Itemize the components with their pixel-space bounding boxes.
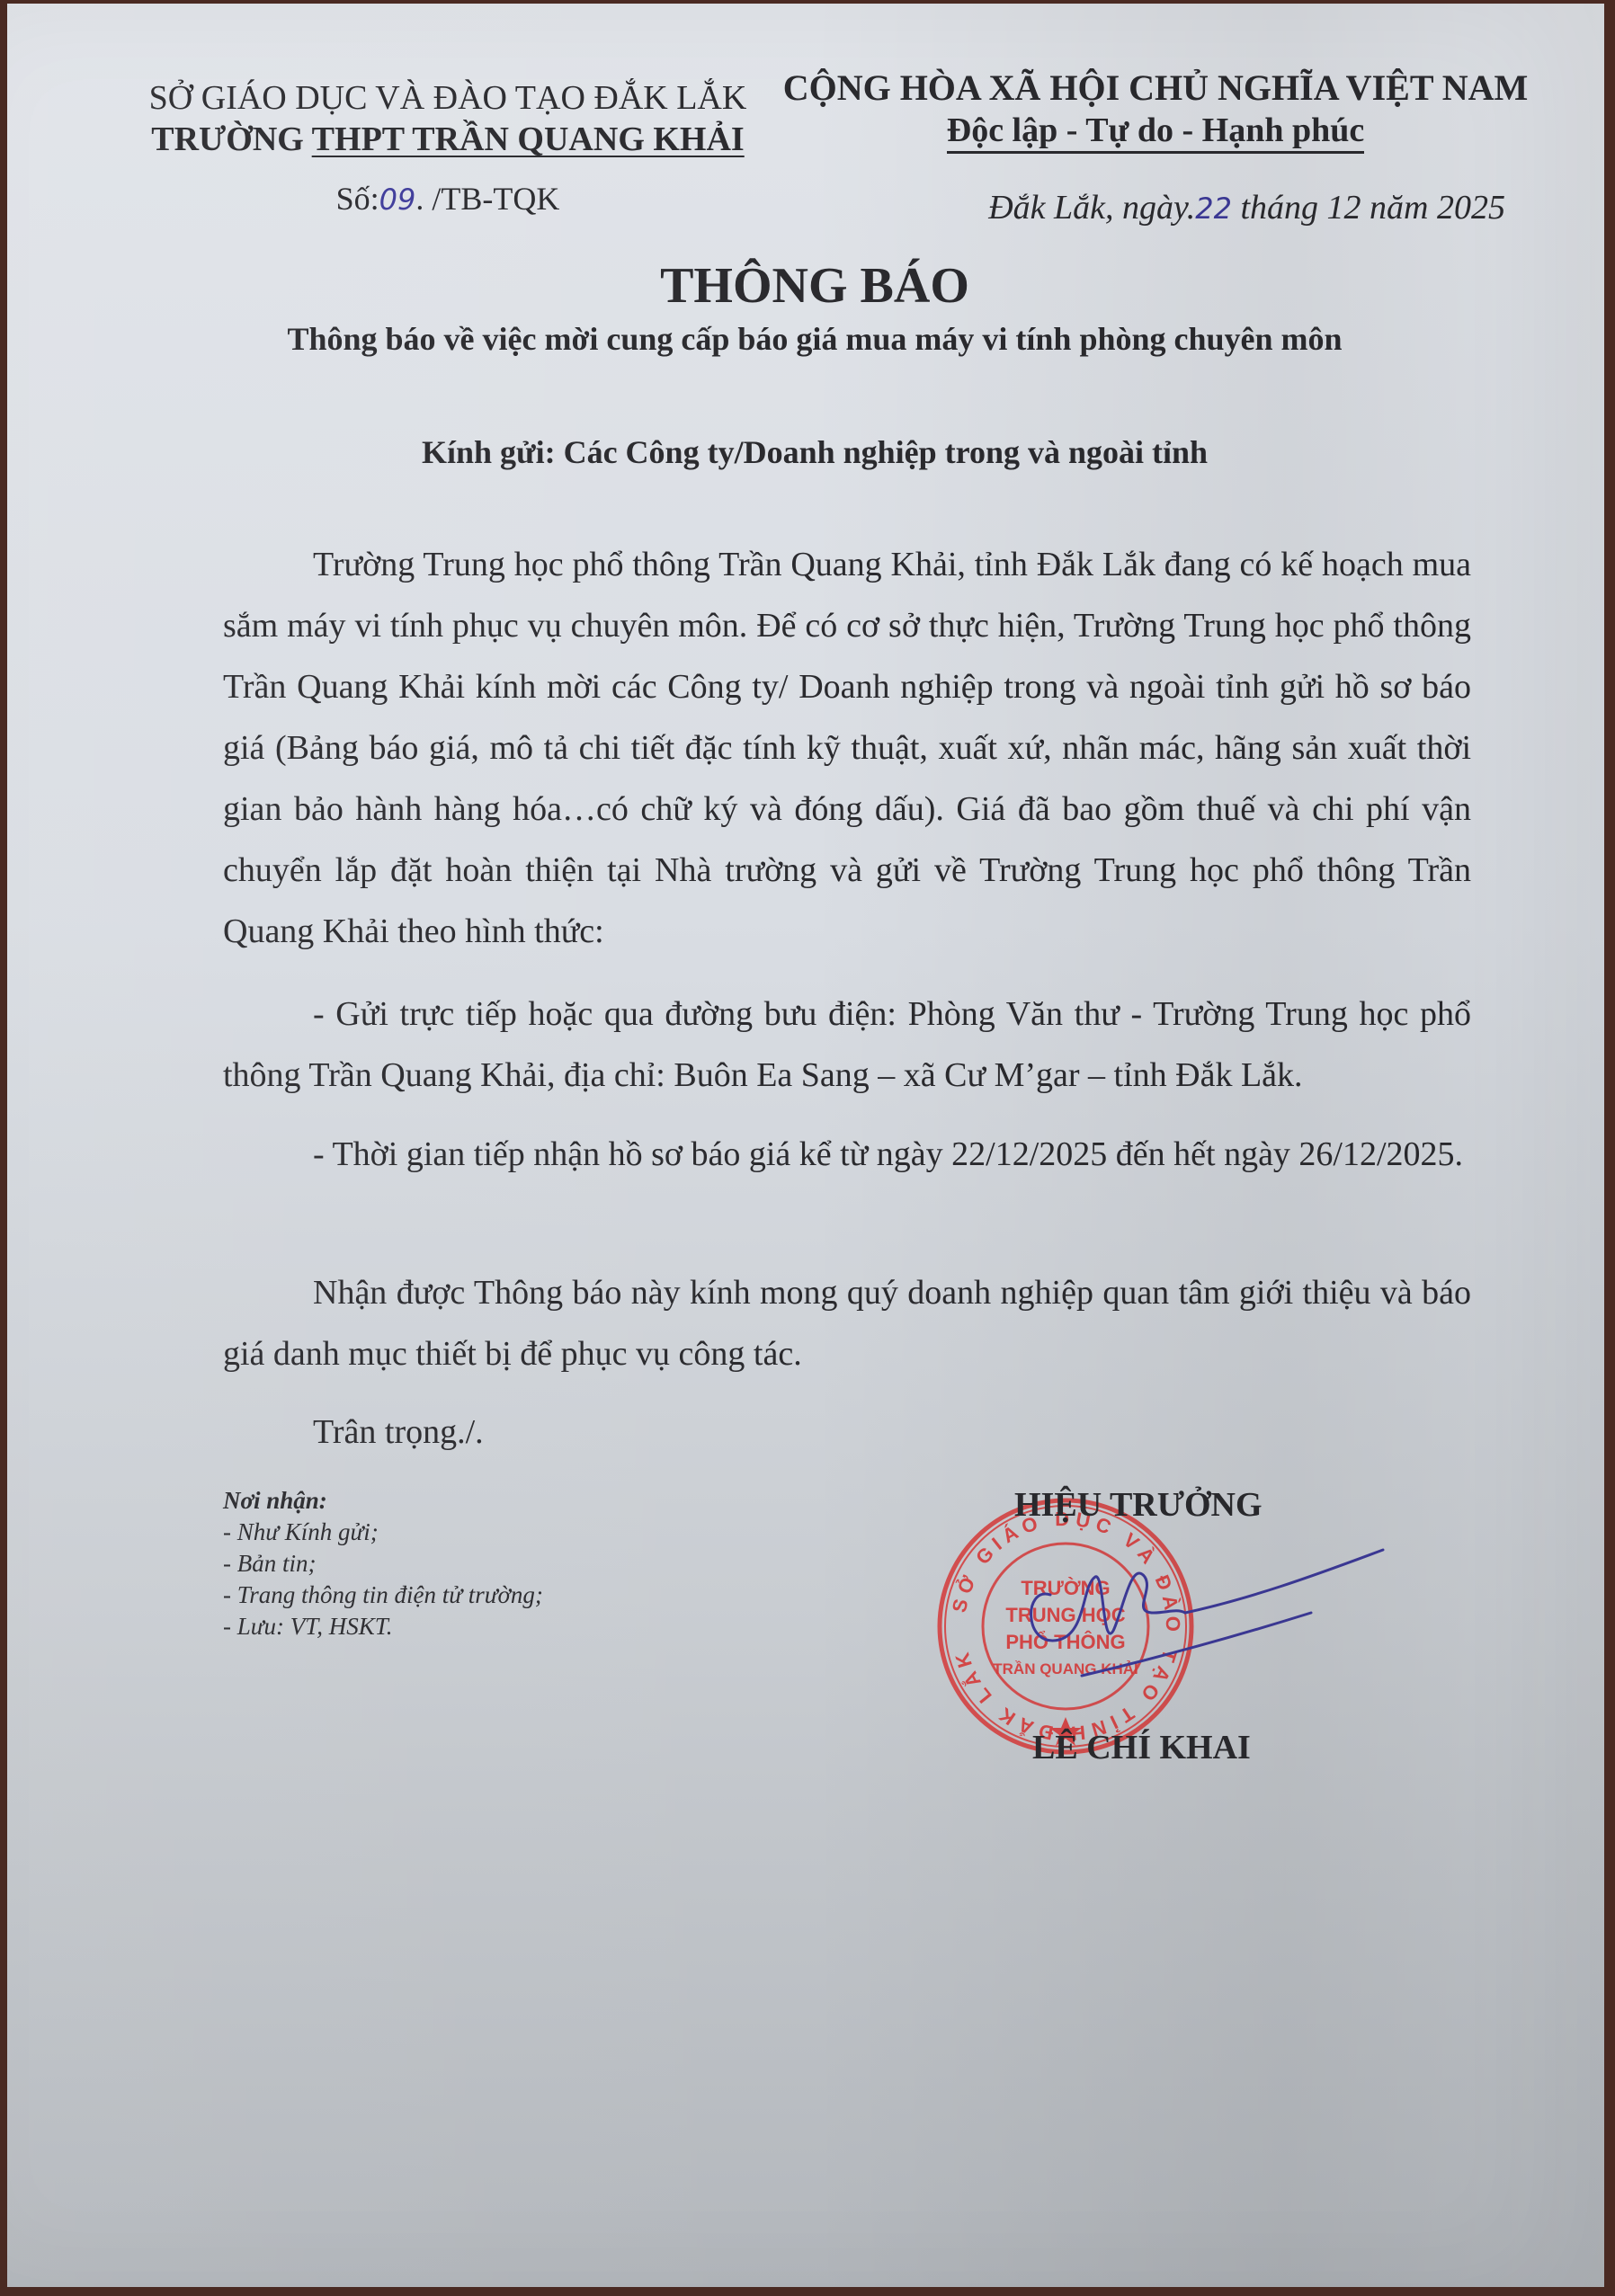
document-number: Số:09. /TB-TQK [142, 178, 754, 220]
school-prefix: TRƯỜNG [151, 120, 311, 158]
national-header: CỘNG HÒA XÃ HỘI CHỦ NGHĨA VIỆT NAM Độc l… [782, 67, 1529, 151]
signer-title: HIỆU TRƯỞNG [1014, 1485, 1263, 1525]
issuer-header: SỞ GIÁO DỤC VÀ ĐÀO TẠO ĐẮK LẮK TRƯỜNG TH… [142, 77, 754, 220]
issue-date: Đắk Lắk, ngày.22 tháng 12 năm 2025 [988, 188, 1505, 227]
handwritten-day: 22 [1195, 191, 1232, 226]
nation-name: CỘNG HÒA XÃ HỘI CHỦ NGHĨA VIỆT NAM [782, 67, 1529, 110]
addressee-line: Kính gửi: Các Công ty/Doanh nghiệp trong… [7, 433, 1615, 471]
handwritten-number: 09 [379, 182, 416, 217]
submission-method: - Gửi trực tiếp hoặc qua đường bưu điện:… [223, 983, 1471, 1106]
closing-paragraph: Nhận được Thông báo này kính mong quý do… [223, 1262, 1471, 1384]
number-suffix: . /TB-TQK [415, 181, 559, 217]
regards-line: Trân trọng./. [223, 1402, 1471, 1463]
number-label: Số: [336, 181, 379, 217]
recipient-item: - Bản tin; [223, 1548, 543, 1580]
recipients-heading: Nơi nhận: [223, 1485, 543, 1517]
national-motto: Độc lập - Tự do - Hạnh phúc [947, 111, 1365, 154]
document-title: THÔNG BÁO [7, 257, 1615, 315]
department-name: SỞ GIÁO DỤC VÀ ĐÀO TẠO ĐẮK LẮK [142, 77, 754, 119]
body-paragraph: Trường Trung học phổ thông Trần Quang Kh… [223, 534, 1471, 962]
school-name-line: TRƯỜNG THPT TRẦN QUANG KHẢI [142, 119, 754, 160]
document-subtitle: Thông báo về việc mời cung cấp báo giá m… [7, 320, 1615, 358]
recipient-item: - Lưu: VT, HSKT. [223, 1611, 543, 1642]
handwritten-signature-icon [996, 1523, 1392, 1694]
recipient-item: - Như Kính gửi; [223, 1517, 543, 1548]
recipient-item: - Trang thông tin điện tử trường; [223, 1580, 543, 1611]
signer-name: LÊ CHÍ KHAI [1032, 1728, 1251, 1767]
school-name: THPT TRẦN QUANG KHẢI [312, 120, 745, 158]
document-page: SỞ GIÁO DỤC VÀ ĐÀO TẠO ĐẮK LẮK TRƯỜNG TH… [7, 4, 1604, 2287]
submission-period: - Thời gian tiếp nhận hồ sơ báo giá kể t… [223, 1124, 1471, 1185]
recipients-list: Nơi nhận: - Như Kính gửi; - Bản tin; - T… [223, 1485, 543, 1642]
